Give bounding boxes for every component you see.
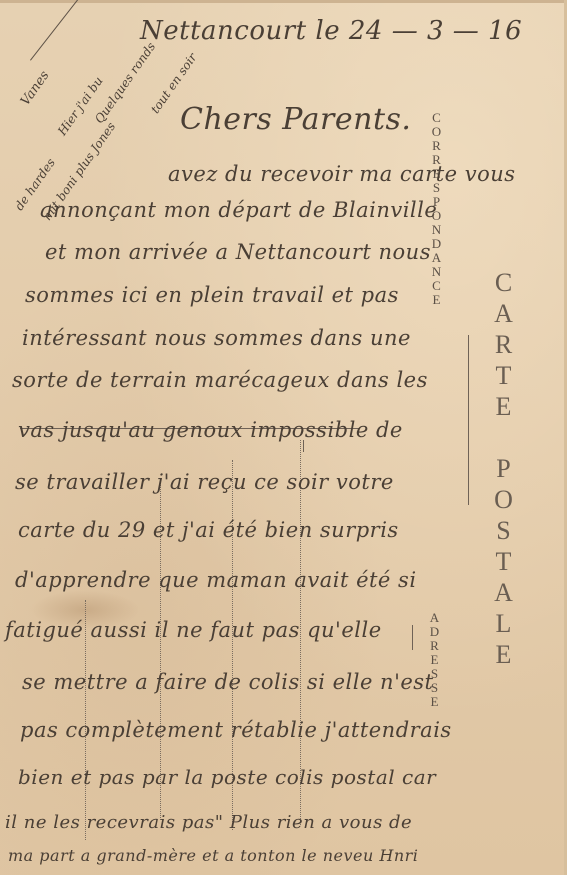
card-edge-top	[0, 0, 567, 3]
carte-postale-label: CARTE POSTALE	[488, 268, 518, 671]
stamp-box-left-edge	[468, 335, 469, 505]
body-line: annonçant mon départ de Blainville	[40, 198, 437, 222]
body-line: intéressant nous sommes dans une	[22, 326, 411, 350]
body-line: avez du recevoir ma carte vous	[168, 162, 516, 186]
salutation: Chers Parents.	[180, 102, 411, 137]
body-line: sommes ici en plein travail et pas	[25, 283, 399, 307]
body-line: pas complètement rétablie j'attendrais	[20, 718, 452, 742]
body-line: se travailler j'ai reçu ce soir votre	[15, 470, 394, 494]
body-line: sorte de terrain marécageux dans les	[12, 368, 428, 392]
body-line: d'apprendre que maman avait été si	[15, 568, 417, 592]
body-line: bien et pas par la poste colis postal ca…	[18, 765, 436, 789]
margin-note-line: Vanes	[18, 68, 52, 108]
place-date-header: Nettancourt le 24 — 3 — 16	[140, 16, 522, 46]
body-line: se mettre a faire de colis si elle n'est	[22, 670, 434, 694]
margin-strike-line	[30, 0, 86, 61]
body-line: il ne les recevrais pas" Plus rien a vou…	[5, 812, 412, 833]
guide-tick	[412, 625, 413, 650]
body-line: vas jusqu'au genoux impossible de	[18, 418, 403, 442]
body-line: carte du 29 et j'ai été bien surpris	[18, 518, 399, 542]
body-line: ma part a grand-mère et a tonton le neve…	[8, 846, 418, 865]
body-line: fatigué aussi il ne faut pas qu'elle	[5, 618, 382, 642]
postcard-back: CORRESPONDANCE CARTE POSTALE ADRESSE Net…	[0, 0, 567, 875]
body-line: et mon arrivée a Nettancourt nous	[45, 240, 431, 264]
margin-note-line: Hier j'ai bu	[55, 74, 106, 138]
